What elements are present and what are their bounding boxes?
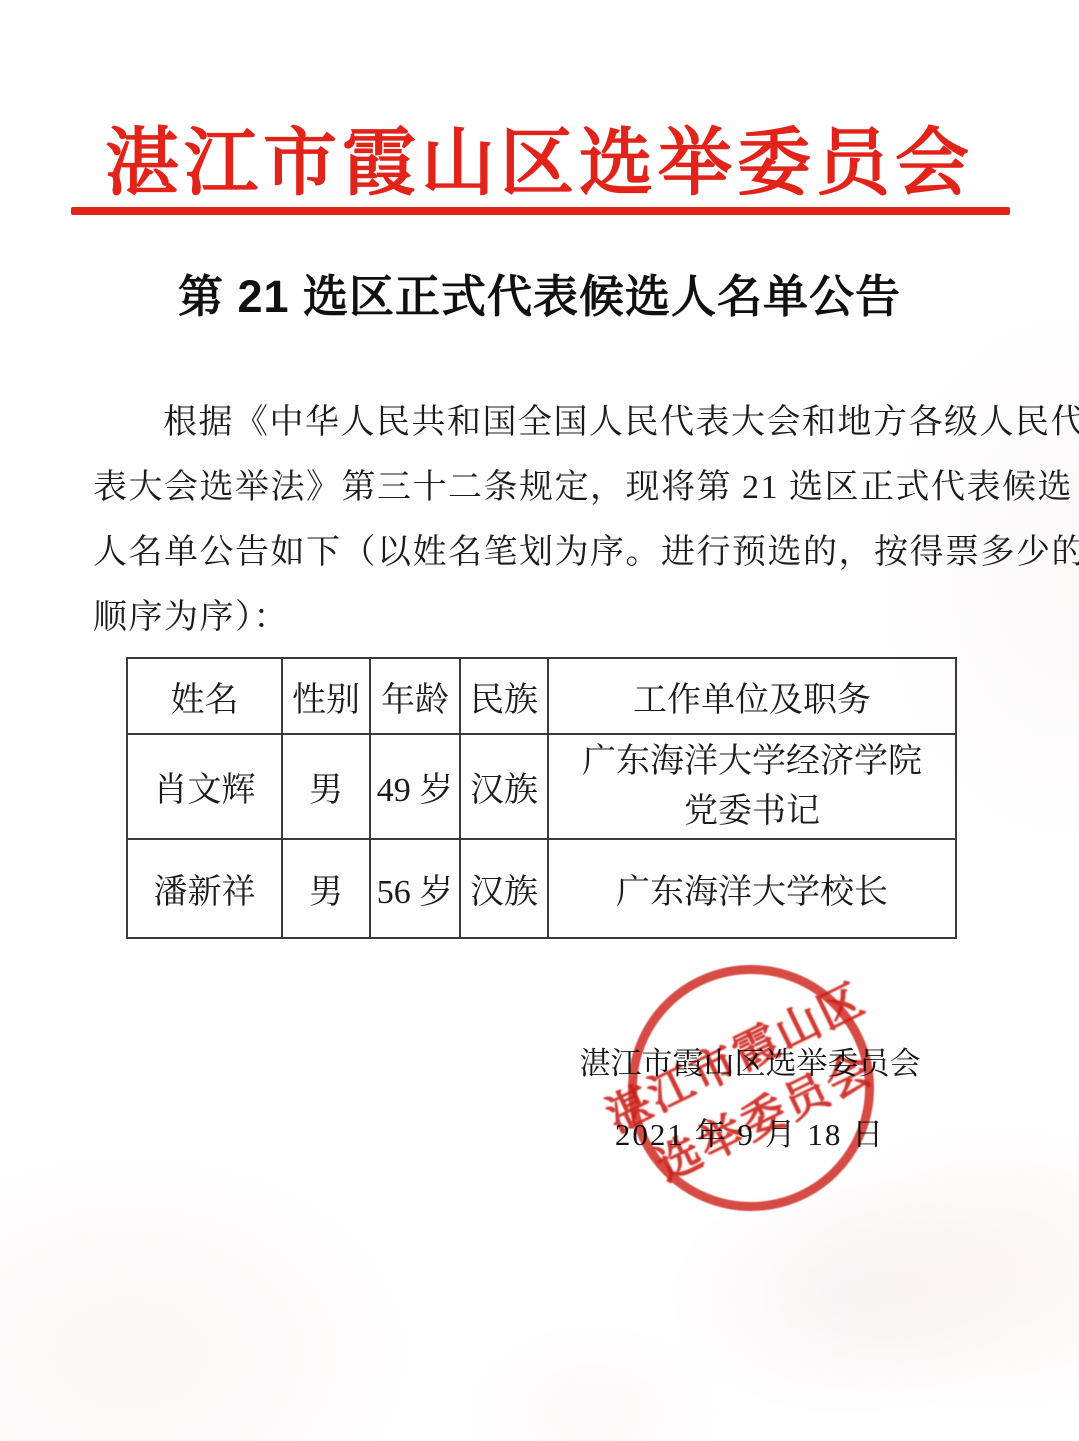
cell-age: 56 岁: [370, 839, 460, 938]
work-unit-line: 党委书记: [553, 787, 951, 837]
col-header-work-unit: 工作单位及职务: [548, 658, 956, 734]
table-row: 潘新祥 男 56 岁 汉族 广东海洋大学校长: [127, 839, 956, 938]
cell-ethnicity: 汉族: [460, 734, 548, 839]
header-divider-rule: [71, 207, 1010, 215]
cell-age: 49 岁: [370, 734, 460, 839]
body-line: 顺序为序）：: [93, 585, 987, 650]
body-line: 根据《中华人民共和国全国人民代表大会和地方各级人民代: [93, 390, 987, 455]
cell-name: 肖文辉: [127, 734, 282, 839]
col-header-ethnicity: 民族: [460, 658, 548, 734]
cell-work-unit: 广东海洋大学校长: [548, 839, 956, 938]
issuing-org-title: 湛江市霞山区选举委员会: [0, 104, 1079, 210]
col-header-gender: 性别: [282, 658, 370, 734]
official-seal-stamp: 湛江市霞山区 选举委员会: [628, 965, 874, 1211]
col-header-age: 年龄: [370, 658, 460, 734]
cell-name: 潘新祥: [127, 839, 282, 938]
table-row: 肖文辉 男 49 岁 汉族 广东海洋大学经济学院 党委书记: [127, 734, 956, 839]
announcement-body: 根据《中华人民共和国全国人民代表大会和地方各级人民代 表大会选举法》第三十二条规…: [93, 390, 987, 650]
body-line: 表大会选举法》第三十二条规定，现将第 21 选区正式代表候选: [93, 455, 987, 520]
cell-gender: 男: [282, 839, 370, 938]
cell-work-unit: 广东海洋大学经济学院 党委书记: [548, 734, 956, 839]
table-header-row: 姓名 性别 年龄 民族 工作单位及职务: [127, 658, 956, 734]
announcement-document: 湛江市霞山区选举委员会 第 21 选区正式代表候选人名单公告 根据《中华人民共和…: [0, 0, 1079, 1441]
body-line: 人名单公告如下（以姓名笔划为序。进行预选的，按得票多少的: [93, 520, 987, 585]
document-title: 第 21 选区正式代表候选人名单公告: [0, 260, 1079, 325]
candidates-table: 姓名 性别 年龄 民族 工作单位及职务 肖文辉 男 49 岁 汉族 广东海洋大学…: [126, 657, 957, 939]
cell-ethnicity: 汉族: [460, 839, 548, 938]
work-unit-line: 广东海洋大学经济学院: [553, 737, 951, 787]
col-header-name: 姓名: [127, 658, 282, 734]
cell-gender: 男: [282, 734, 370, 839]
seal-text: 湛江市霞山区 选举委员会: [595, 967, 906, 1209]
